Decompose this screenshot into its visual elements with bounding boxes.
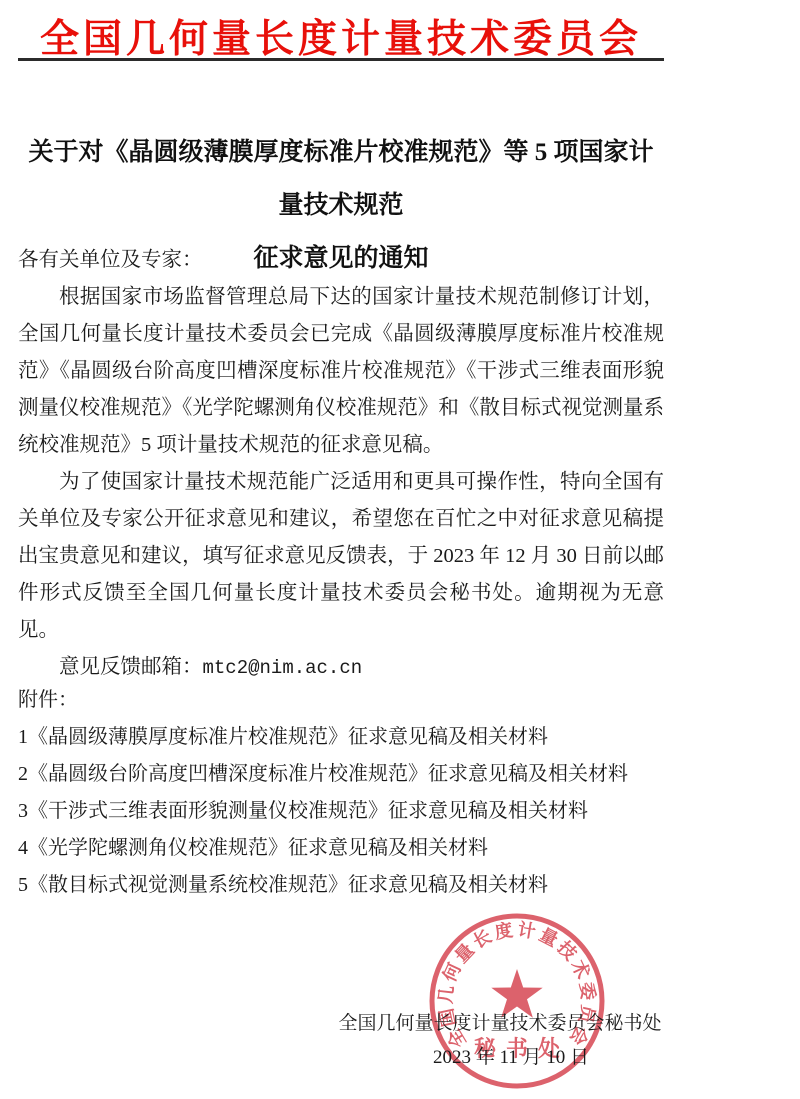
- paragraph-1: 根据国家市场监督管理总局下达的国家计量技术规范制修订计划，全国几何量长度计量技术…: [18, 279, 664, 464]
- attachments-label: 附件：: [18, 682, 664, 719]
- signature-date: 2023 年 11 月 10 日: [341, 1042, 681, 1069]
- attachment-item-3: 3《干涉式三维表面形貌测量仪校准规范》征求意见稿及相关材料: [18, 793, 664, 830]
- salutation: 各有关单位及专家：: [18, 242, 664, 279]
- attachments-section: 附件： 1《晶圆级薄膜厚度标准片校准规范》征求意见稿及相关材料 2《晶圆级台阶高…: [18, 682, 664, 904]
- attachment-item-5: 5《散目标式视觉测量系统校准规范》征求意见稿及相关材料: [18, 867, 664, 904]
- email-label: 意见反馈邮箱：: [59, 656, 203, 678]
- attachment-item-2: 2《晶圆级台阶高度凹槽深度标准片校准规范》征求意见稿及相关材料: [18, 756, 664, 793]
- document-title-line1: 关于对《晶圆级薄膜厚度标准片校准规范》等 5 项国家计量技术规范: [18, 126, 664, 232]
- attachments-list: 1《晶圆级薄膜厚度标准片校准规范》征求意见稿及相关材料 2《晶圆级台阶高度凹槽深…: [18, 719, 664, 904]
- org-header-title: 全国几何量长度计量技术委员会: [18, 8, 664, 64]
- paragraph-2: 为了使国家计量技术规范能广泛适用和更具可操作性，特向全国有关单位及专家公开征求意…: [18, 464, 664, 649]
- attachment-item-4: 4《光学陀螺测角仪校准规范》征求意见稿及相关材料: [18, 830, 664, 867]
- header-divider: [18, 58, 664, 61]
- document-page: 全国几何量长度计量技术委员会 关于对《晶圆级薄膜厚度标准片校准规范》等 5 项国…: [0, 0, 800, 1099]
- email-address: mtc2@nim.ac.cn: [203, 657, 363, 679]
- body-text: 各有关单位及专家： 根据国家市场监督管理总局下达的国家计量技术规范制修订计划，全…: [18, 242, 664, 687]
- signature-org: 全国几何量长度计量技术委员会秘书处: [330, 1008, 670, 1035]
- attachment-item-1: 1《晶圆级薄膜厚度标准片校准规范》征求意见稿及相关材料: [18, 719, 664, 756]
